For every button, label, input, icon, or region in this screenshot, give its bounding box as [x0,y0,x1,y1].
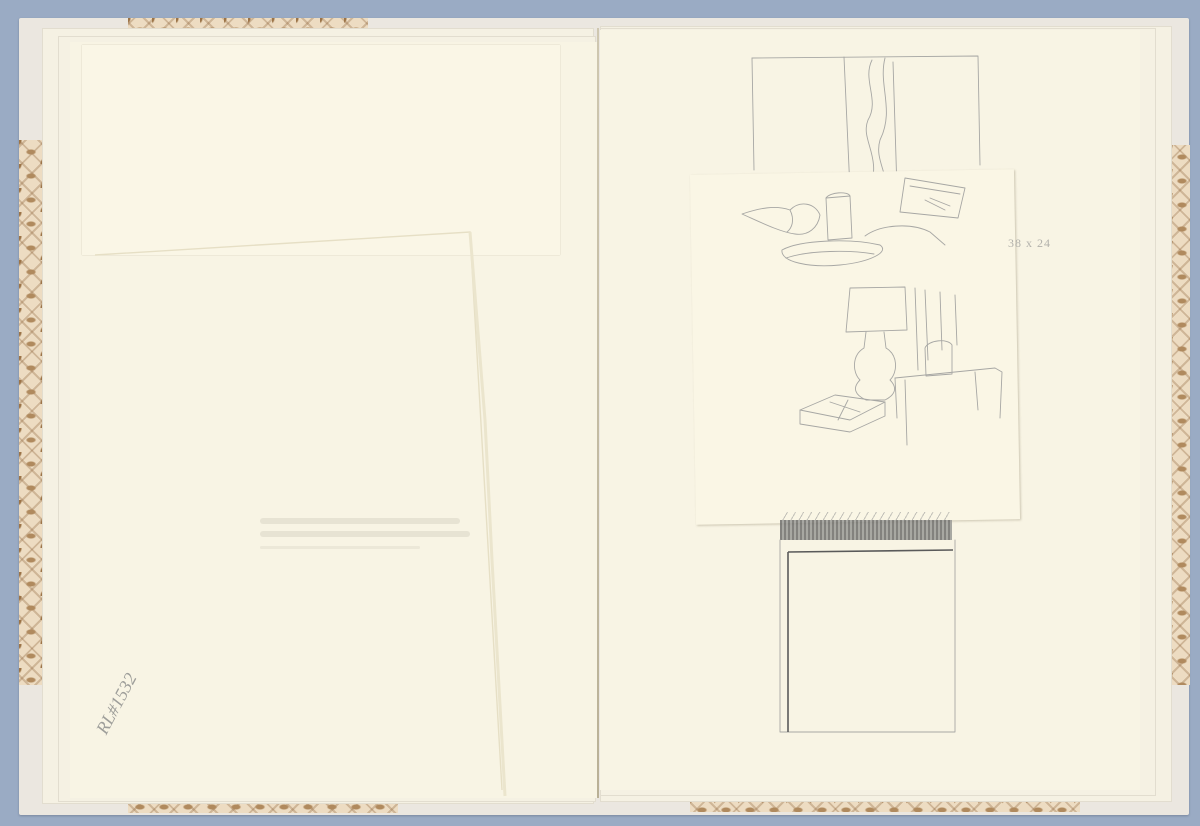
sketch-frame-study [0,0,1200,826]
